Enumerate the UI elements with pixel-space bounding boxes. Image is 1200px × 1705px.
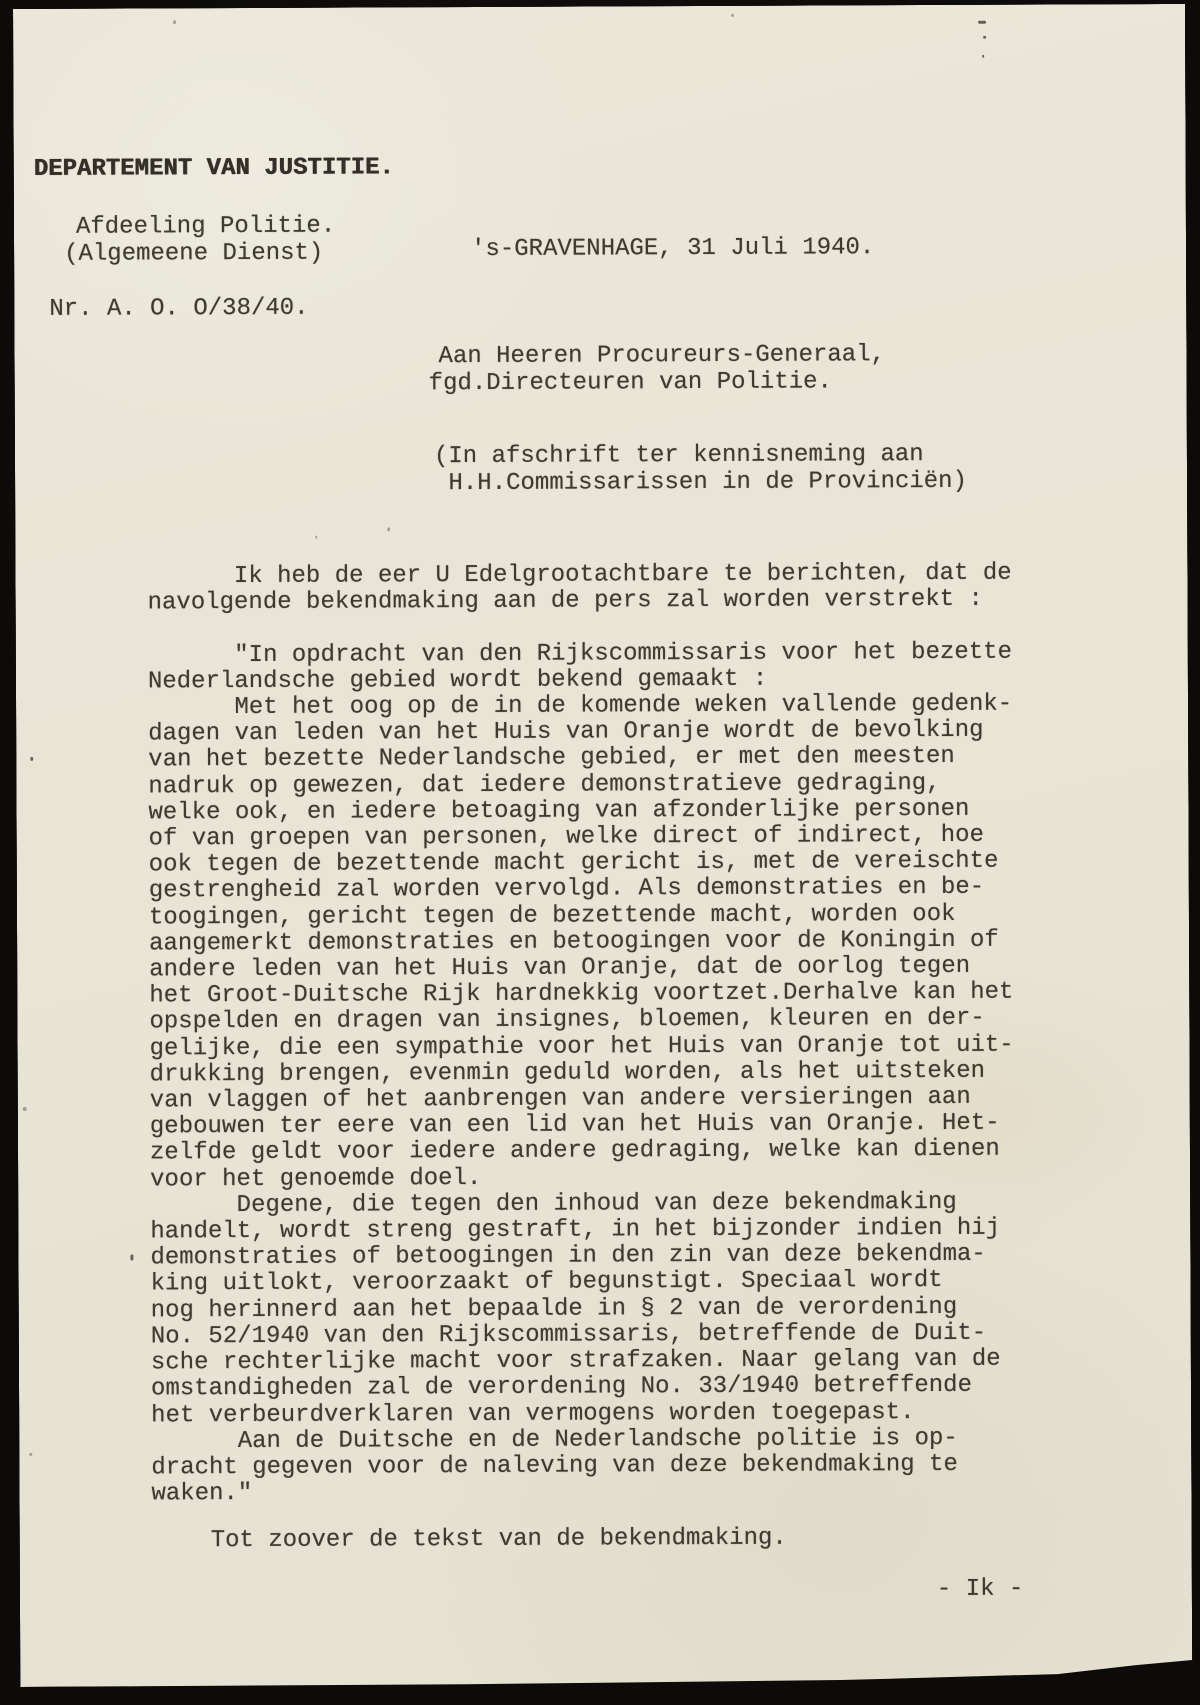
body-text: Ik heb de eer U Edelgrootachtbare te ber… [147,561,1015,1508]
ink-speck [30,757,33,761]
reference-number: Nr. A. O. O/38/40. [49,296,308,323]
scanned-letter-page: { "scan": { "background_color": "#0b0a08… [0,0,1200,1705]
copy-note-line-2: H.H.Commissarissen in de Provinciën) [434,469,967,497]
ink-speck [29,1453,32,1456]
ink-speck [173,20,176,24]
place-date-line: 's-GRAVENHAGE, 31 Juli 1940. [471,235,874,263]
ink-speck [978,21,986,24]
ink-speck [23,1107,27,1111]
division-line: Afdeeling Politie. [76,214,335,241]
ink-speck [387,527,390,531]
ink-speck [130,1254,133,1260]
addressee-line-1: Aan Heeren Procureurs-Generaal, [438,342,885,370]
ink-speck [731,14,734,17]
closing-initials: - Ik - [937,1577,1024,1603]
copy-note-line-1: (In afschrift ter kennisneming aan [434,442,924,470]
ink-speck [983,36,986,39]
service-line: (Algemeene Dienst) [64,241,323,268]
department-title: DEPARTEMENT VAN JUSTITIE. [34,155,394,183]
addressee-line-2: fgd.Directeuren van Politie. [429,369,832,397]
ink-speck [982,55,984,58]
paper-sheet: DEPARTEMENT VAN JUSTITIE. Afdeeling Poli… [13,4,1192,1687]
closing-line: Tot zoover de tekst van de bekendmaking. [211,1526,787,1555]
ink-speck [315,536,317,539]
